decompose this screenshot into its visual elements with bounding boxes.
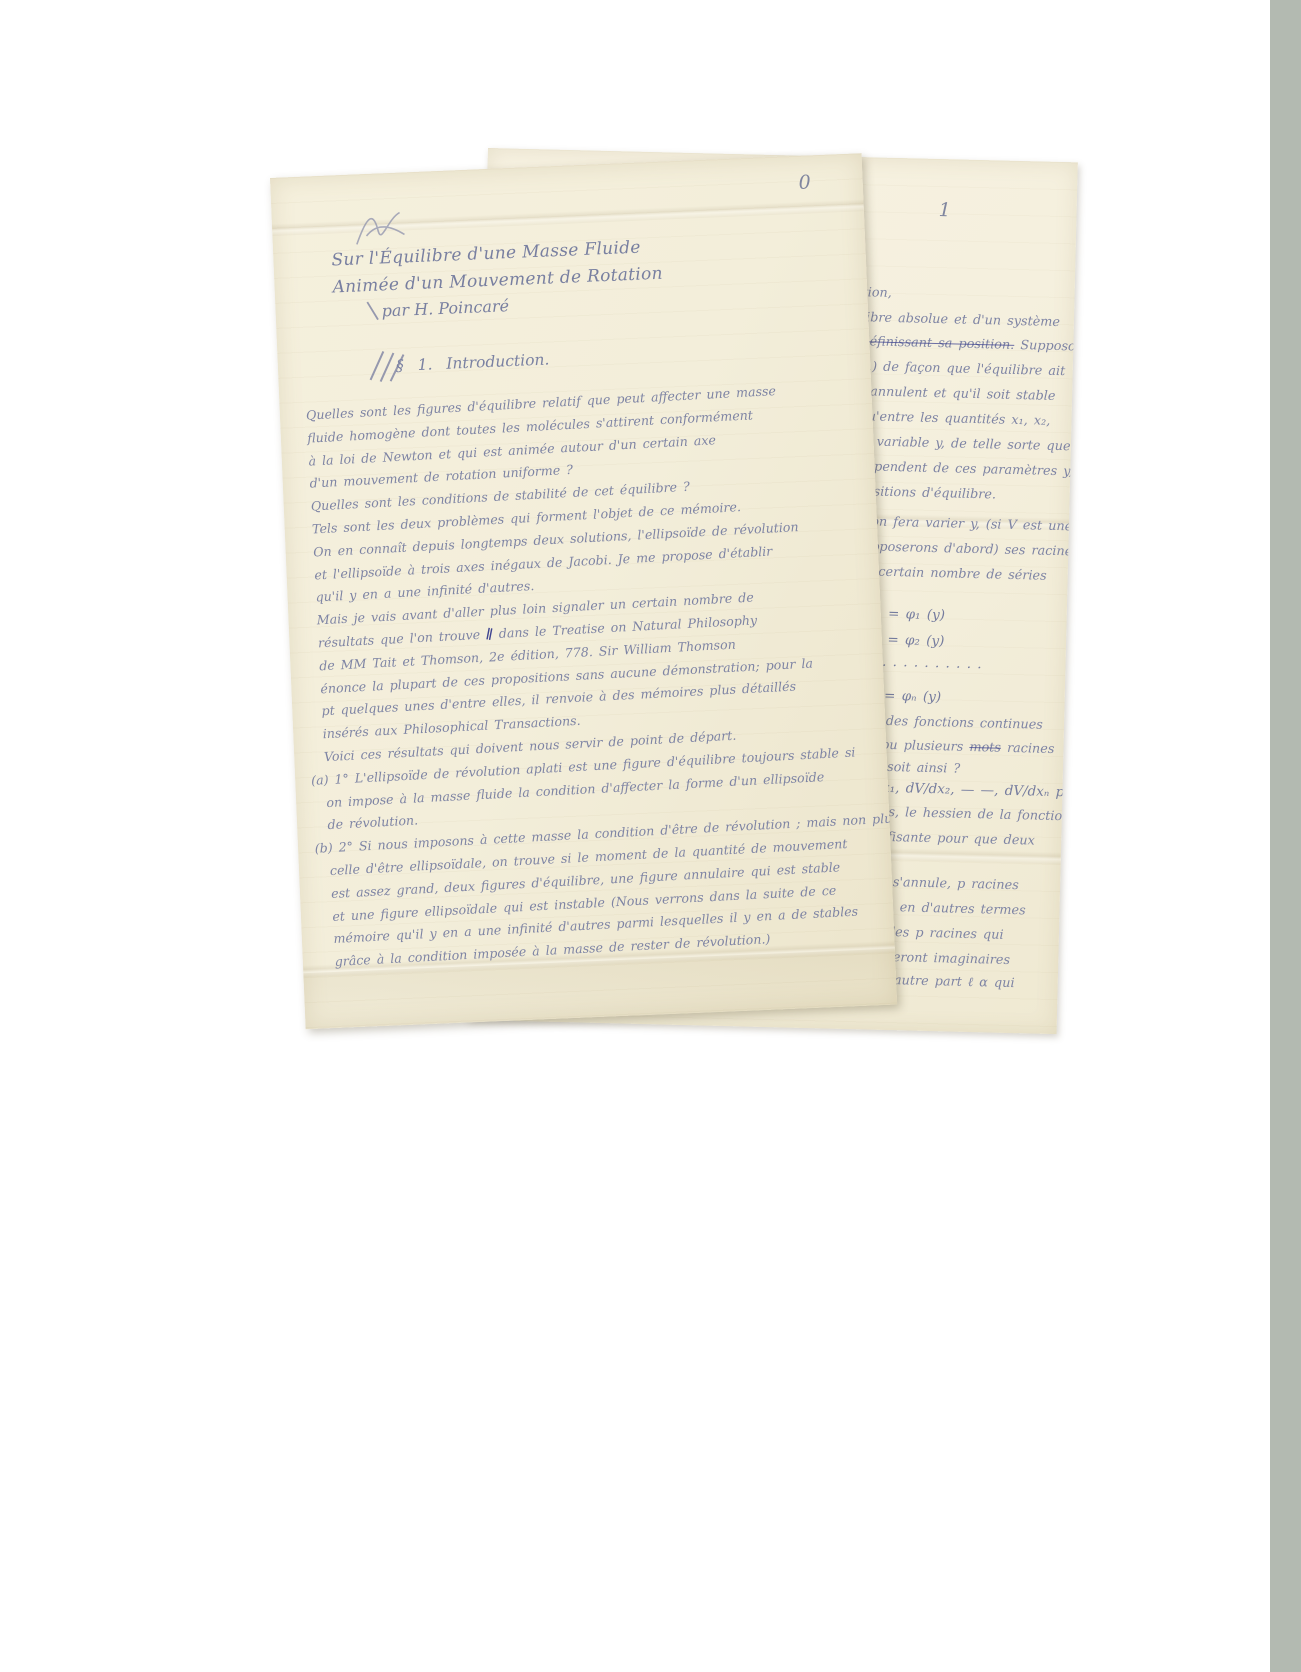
line-text: résultats que l'on trouve bbox=[318, 627, 481, 650]
handwritten-line: définissant sa position. Supposons bbox=[861, 334, 1078, 355]
handwritten-line: positions d'équilibre. bbox=[858, 484, 997, 502]
handwritten-line: un certain nombre de séries bbox=[856, 564, 1047, 584]
page-number: 1 bbox=[938, 199, 951, 221]
struck-words: définissant sa position. bbox=[861, 334, 1014, 353]
struck-words: mots bbox=[969, 740, 1001, 756]
handwritten-line: dépendent de ces paramètres y, bbox=[858, 459, 1073, 479]
equation-ellipsis: · · · · · · · · · · · bbox=[871, 658, 981, 677]
handwritten-line: qu'entre les quantités x₁, x₂, bbox=[859, 409, 1050, 429]
handwritten-line: la variable y, de telle sorte que bbox=[859, 434, 1071, 454]
handwritten-line: libre absolue et d'un système bbox=[862, 310, 1060, 330]
line-text: ou en d'autres termes bbox=[871, 900, 1025, 919]
insertion-mark: ∥ bbox=[484, 623, 495, 647]
section-heading: § 1. Introduction. bbox=[396, 350, 550, 374]
byline-stroke-mark bbox=[363, 297, 382, 324]
manuscript-scan: 1 tion, libre absolue et d'un système dé… bbox=[0, 0, 1301, 1672]
line-text: Supposons bbox=[1014, 338, 1078, 355]
line-text: racines bbox=[1001, 741, 1055, 757]
handwritten-line: x.) de façon que l'équilibre ait bbox=[861, 359, 1066, 379]
handwritten-line: s'annulent et qu'il soit stable bbox=[860, 384, 1056, 404]
manuscript-page-0: 0 Sur l'Équilibre d'une Masse Fluide Ani… bbox=[270, 153, 897, 1029]
right-edge-strip bbox=[1270, 0, 1301, 1672]
author-byline: par H. Poincaré bbox=[381, 296, 509, 320]
handwritten-line: supposerons d'abord) ses racines bbox=[856, 539, 1078, 559]
page-number: 0 bbox=[798, 171, 811, 193]
body-text: Quelles sont les figures d'équilibre rel… bbox=[306, 375, 895, 973]
